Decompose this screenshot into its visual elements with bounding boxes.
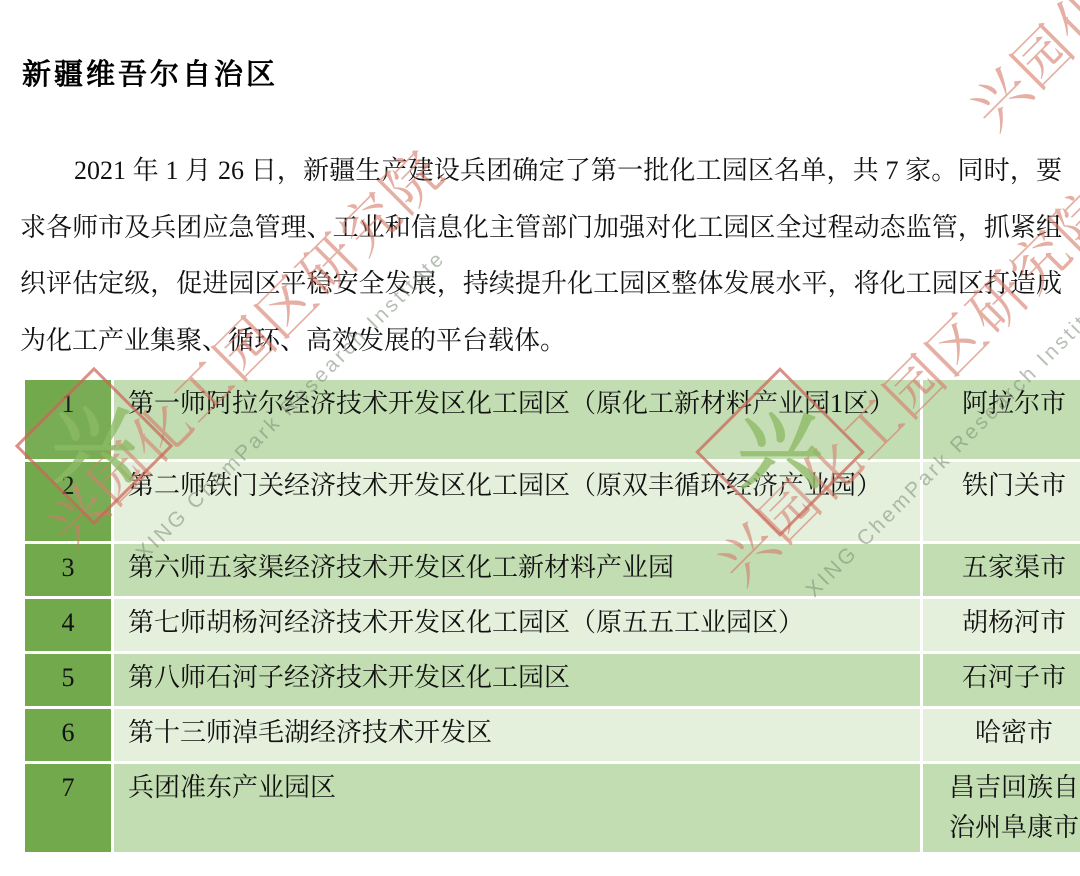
table-row: 1 第一师阿拉尔经济技术开发区化工园区（原化工新材料产业园1区） 阿拉尔市 (24, 379, 1080, 461)
table-row: 2 第二师铁门关经济技术开发区化工园区（原双丰循环经济产业园） 铁门关市 (24, 461, 1080, 543)
row-number-cell: 5 (24, 653, 113, 708)
table-row: 6 第十三师淖毛湖经济技术开发区 哈密市 (24, 708, 1080, 763)
document-page: 新疆维吾尔自治区 2021 年 1 月 26 日，新疆生产建设兵团确定了第一批化… (0, 0, 1080, 876)
city-cell: 石河子市 (922, 653, 1080, 708)
park-name-cell: 兵团准东产业园区 (113, 763, 922, 854)
city-cell: 胡杨河市 (922, 598, 1080, 653)
park-name-cell: 第六师五家渠经济技术开发区化工新材料产业园 (113, 543, 922, 598)
table-row: 5 第八师石河子经济技术开发区化工园区 石河子市 (24, 653, 1080, 708)
park-name-cell: 第八师石河子经济技术开发区化工园区 (113, 653, 922, 708)
table-row: 4 第七师胡杨河经济技术开发区化工园区（原五五工业园区） 胡杨河市 (24, 598, 1080, 653)
city-cell: 阿拉尔市 (922, 379, 1080, 461)
row-number-cell: 4 (24, 598, 113, 653)
row-number-cell: 7 (24, 763, 113, 854)
city-cell: 昌吉回族自 治州阜康市 (922, 763, 1080, 854)
city-cell: 五家渠市 (922, 543, 1080, 598)
row-number-cell: 2 (24, 461, 113, 543)
park-name-cell: 第十三师淖毛湖经济技术开发区 (113, 708, 922, 763)
table-row: 7 兵团准东产业园区 昌吉回族自 治州阜康市 (24, 763, 1080, 854)
row-number-cell: 1 (24, 379, 113, 461)
park-name-cell: 第七师胡杨河经济技术开发区化工园区（原五五工业园区） (113, 598, 922, 653)
chemical-parks-table: 1 第一师阿拉尔经济技术开发区化工园区（原化工新材料产业园1区） 阿拉尔市 2 … (22, 377, 1080, 855)
article-paragraph: 2021 年 1 月 26 日，新疆生产建设兵团确定了第一批化工园区名单，共 7… (20, 143, 1062, 369)
city-cell: 哈密市 (922, 708, 1080, 763)
page-title: 新疆维吾尔自治区 (22, 52, 278, 93)
park-name-cell: 第二师铁门关经济技术开发区化工园区（原双丰循环经济产业园） (113, 461, 922, 543)
watermark-text-cn: 兴园化工园区研究院 (949, 0, 1080, 145)
city-cell: 铁门关市 (922, 461, 1080, 543)
row-number-cell: 3 (24, 543, 113, 598)
table-row: 3 第六师五家渠经济技术开发区化工新材料产业园 五家渠市 (24, 543, 1080, 598)
park-name-cell: 第一师阿拉尔经济技术开发区化工园区（原化工新材料产业园1区） (113, 379, 922, 461)
row-number-cell: 6 (24, 708, 113, 763)
